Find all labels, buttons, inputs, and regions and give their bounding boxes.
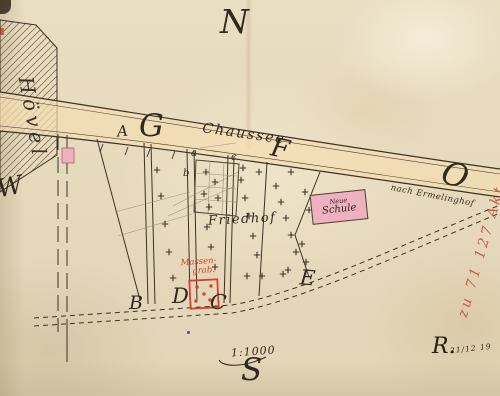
grave-cross-icon xyxy=(288,169,294,175)
grave-cross-icon xyxy=(278,199,284,205)
school-building: Neue Schule xyxy=(310,189,369,225)
plot-letter-a: a xyxy=(191,148,197,159)
grave-cross-icon xyxy=(242,195,248,201)
grave-cross-icon xyxy=(162,221,168,227)
plot-letter-b: b xyxy=(183,168,189,179)
grave-cross-icon xyxy=(240,165,246,171)
grave-cross-icon xyxy=(293,249,299,255)
school-label-line2: Schule xyxy=(322,203,357,217)
grave-cross-icon xyxy=(212,179,218,185)
grave-cross-icon xyxy=(285,267,291,273)
mass-grave-label-line2: grab. xyxy=(192,266,217,277)
building-left xyxy=(62,148,74,163)
historical-map-scan: N S O W Hövel Chaussee nach Ermelinghof … xyxy=(0,0,500,396)
grave-cross-icon xyxy=(158,193,164,199)
plot-letter-E: E xyxy=(299,265,316,290)
grave-cross-icon xyxy=(238,177,244,183)
plot-letter-B: B xyxy=(129,292,143,314)
grave-cross-icon xyxy=(166,249,172,255)
grave-cross-icon xyxy=(201,191,207,197)
grave-cross-icon xyxy=(206,204,212,210)
side-path-lines xyxy=(58,134,67,362)
grave-cross-icon xyxy=(280,271,286,277)
grave-cross-icon xyxy=(250,233,256,239)
grave-cross-icon xyxy=(215,195,221,201)
plot-letter-D: D xyxy=(172,284,189,308)
grave-cross-icon xyxy=(302,189,308,195)
grave-cross-icon xyxy=(170,275,176,281)
grave-cross-icon xyxy=(208,244,214,250)
grave-cross-icon xyxy=(273,183,279,189)
plot-letter-C: C xyxy=(208,289,227,315)
surveyor-signature: R. 21/12 19 xyxy=(432,334,456,359)
grave-cross-icon xyxy=(254,252,260,258)
grave-cross-icon xyxy=(256,169,262,175)
grave-cross-icon xyxy=(288,232,294,238)
plot-letter-A: A xyxy=(116,122,128,141)
plot-letter-G: G xyxy=(139,108,164,144)
grave-cross-icon xyxy=(299,241,305,247)
grave-cross-icon xyxy=(154,167,160,173)
mass-grave-label: Massen- grab. xyxy=(180,257,217,277)
grave-cross-icon xyxy=(283,215,289,221)
grave-cross-icon xyxy=(244,273,250,279)
plot-letter-c: c xyxy=(231,152,237,163)
road-band xyxy=(0,92,500,197)
compass-north: N xyxy=(220,2,249,41)
